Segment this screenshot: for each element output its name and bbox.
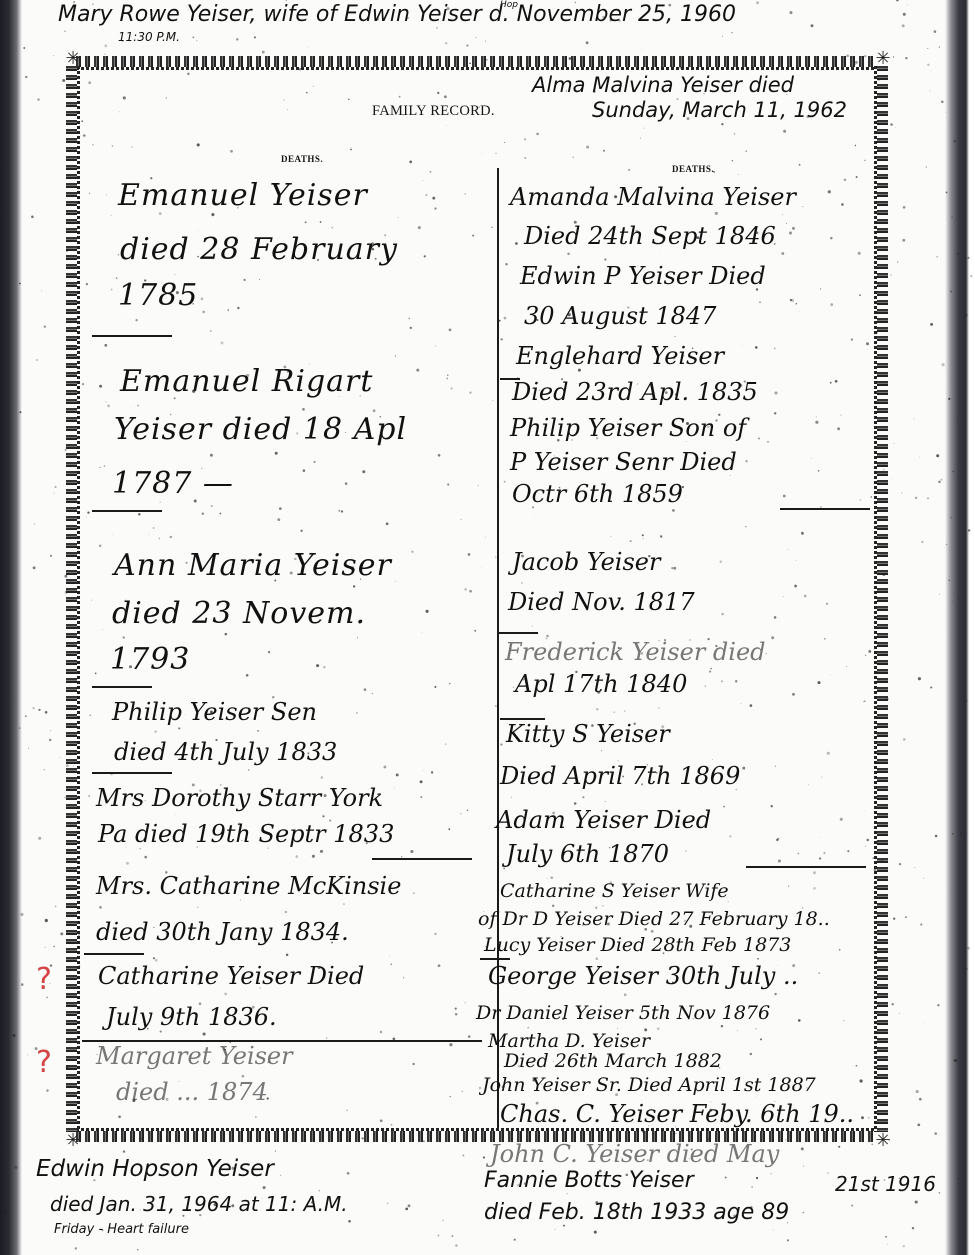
margin-question-mark: ? <box>36 962 52 997</box>
annotation-top-line3: Sunday, March 11, 1962 <box>592 98 847 122</box>
entry-line: George Yeiser 30th July .. <box>488 962 798 990</box>
entry-line: Chas. C. Yeiser Feby. 6th 19.. <box>500 1100 854 1128</box>
annotation-bottom-line3: Friday - Heart failure <box>54 1222 189 1237</box>
annotation-top-time: 11:30 P.M. <box>118 30 180 44</box>
margin-question-mark: ? <box>36 1045 52 1080</box>
entry-line: Martha D. Yeiser <box>488 1030 650 1052</box>
entry-line: Philip Yeiser Son of <box>510 414 746 442</box>
right-column-heading: DEATHS. <box>672 164 714 174</box>
scan-edge-right <box>945 0 975 1255</box>
entry-line: Kitty S Yeiser <box>506 720 670 748</box>
entry-separator <box>92 686 152 688</box>
entry-line: Apl 17th 1840 <box>515 670 687 698</box>
entry-line: Adam Yeiser Died <box>496 806 711 834</box>
entry-line: P Yeiser Senr Died <box>510 448 737 476</box>
entry-line: Mrs. Catharine McKinsie <box>96 872 401 900</box>
entry-separator <box>498 632 538 634</box>
entry-line: John C. Yeiser died May <box>490 1140 779 1168</box>
border-right <box>874 66 888 1132</box>
entry-line: Emanuel Yeiser <box>118 178 368 213</box>
entry-line: Ann Maria Yeiser <box>114 548 392 583</box>
entry-line: Englehard Yeiser <box>516 342 724 370</box>
entry-line: Died 23rd Apl. 1835 <box>512 378 758 406</box>
corner-star-icon: ✳ <box>64 1132 82 1150</box>
entry-line: Emanuel Rigart <box>120 364 373 399</box>
entry-line: died ... 1874 <box>116 1078 268 1106</box>
annotation-top-line1: Mary Rowe Yeiser, wife of Edwin Yeiser d… <box>58 2 736 27</box>
annotation-top-superscript: Hop <box>500 0 518 10</box>
entry-line: Dr Daniel Yeiser 5th Nov 1876 <box>476 1002 770 1024</box>
corner-star-icon: ✳ <box>64 50 82 68</box>
entry-line: Catharine Yeiser Died <box>98 962 364 990</box>
entry-line: Frederick Yeiser died <box>505 638 766 666</box>
entry-separator <box>84 953 144 955</box>
border-top <box>76 56 876 70</box>
entry-line: Died 26th March 1882 <box>504 1050 722 1072</box>
entry-line: Amanda Malvina Yeiser <box>510 183 796 211</box>
entry-line: John Yeiser Sr. Died April 1st 1887 <box>482 1074 816 1096</box>
entry-line: died 23 Novem. <box>112 596 366 631</box>
entry-line: Pa died 19th Septr 1833 <box>98 820 394 848</box>
entry-line: died 30th Jany 1834. <box>96 918 349 946</box>
border-left <box>66 66 80 1132</box>
page-title: FAMILY RECORD. <box>372 103 495 120</box>
entry-line: Died Nov. 1817 <box>508 588 695 616</box>
entry-separator <box>480 958 510 960</box>
corner-star-icon: ✳ <box>874 1132 892 1150</box>
entry-line: 1787 — <box>112 466 234 501</box>
entry-line: Edwin P Yeiser Died <box>520 262 766 290</box>
scan-edge-left <box>0 0 22 1255</box>
entry-separator <box>92 772 172 774</box>
entry-line: of Dr D Yeiser Died 27 February 18.. <box>478 908 830 930</box>
entry-line: 21st 1916 <box>835 1172 936 1196</box>
entry-line: Margaret Yeiser <box>96 1042 293 1070</box>
entry-line: died Feb. 18th 1933 age 89 <box>484 1200 789 1225</box>
entry-line: Yeiser died 18 Apl <box>114 412 407 447</box>
entry-separator <box>746 866 866 868</box>
entry-line: Philip Yeiser Sen <box>112 698 317 726</box>
entry-line: Catharine S Yeiser Wife <box>500 880 729 902</box>
entry-separator <box>780 508 870 510</box>
entry-line: 1785 <box>118 278 198 313</box>
corner-star-icon: ✳ <box>874 50 892 68</box>
entry-line: Mrs Dorothy Starr York <box>96 784 383 812</box>
entry-line: died 4th July 1833 <box>114 738 337 766</box>
entry-separator <box>372 858 472 860</box>
annotation-bottom-line2: died Jan. 31, 1964 at 11: A.M. <box>50 1192 348 1216</box>
entry-line: Fannie Botts Yeiser <box>484 1168 694 1193</box>
entry-line: Octr 6th 1859 <box>512 480 683 508</box>
entry-line: died 28 February <box>120 232 398 267</box>
entry-line: July 6th 1870 <box>506 840 669 868</box>
entry-line: Jacob Yeiser <box>512 548 660 576</box>
entry-separator <box>92 510 162 512</box>
left-column-heading: DEATHS. <box>281 154 323 164</box>
annotation-bottom-line1: Edwin Hopson Yeiser <box>36 1156 274 1182</box>
entry-line: 1793 <box>110 642 190 677</box>
entry-line: 30 August 1847 <box>524 302 716 330</box>
entry-line: Lucy Yeiser Died 28th Feb 1873 <box>484 934 791 956</box>
entry-separator <box>92 335 172 337</box>
annotation-top-line2: Alma Malvina Yeiser died <box>532 73 794 97</box>
entry-line: Died 24th Sept 1846 <box>524 222 776 250</box>
entry-line: July 9th 1836. <box>106 1003 277 1031</box>
entry-line: Died April 7th 1869 <box>500 762 740 790</box>
